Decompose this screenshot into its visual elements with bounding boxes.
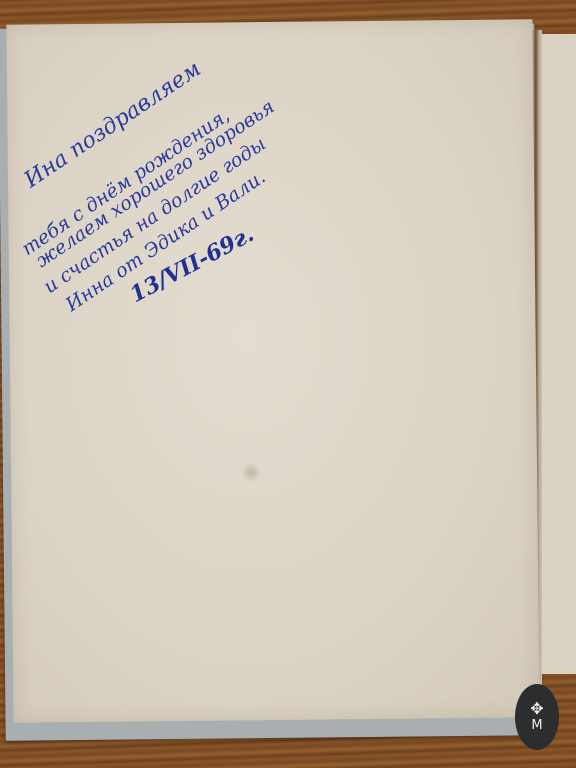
watermark-badge: ✥ M [515, 684, 559, 750]
endpaper [6, 19, 539, 722]
paper-crease [241, 462, 261, 482]
flower-ornament-icon: ✥ [530, 701, 543, 717]
adjacent-page [542, 34, 576, 674]
watermark-letter: M [531, 719, 542, 733]
